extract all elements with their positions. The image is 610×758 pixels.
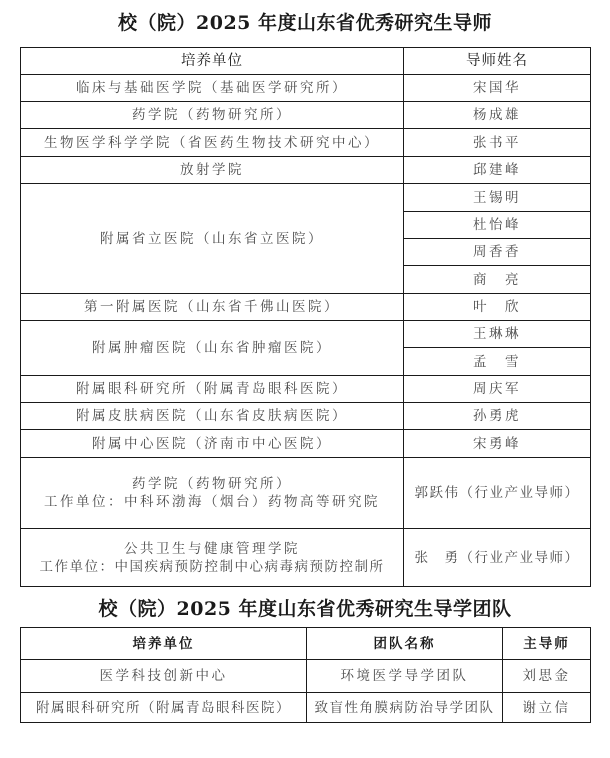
- table-row: 放射学院 邱建峰: [21, 157, 591, 184]
- unit-cell: 附属肿瘤医院（山东省肿瘤医院）: [21, 321, 404, 376]
- table-row: 附属眼科研究所（附属青岛眼科医院） 周庆军: [21, 376, 591, 403]
- advisors-table: 培养单位 导师姓名 临床与基础医学院（基础医学研究所） 宋国华 药学院（药物研究…: [20, 47, 591, 587]
- unit-cell: 附属中心医院（济南市中心医院）: [21, 430, 404, 458]
- table-row: 附属皮肤病医院（山东省皮肤病医院） 孙勇虎: [21, 403, 591, 430]
- table-row: 生物医学科学学院（省医药生物技术研究中心） 张书平: [21, 129, 591, 157]
- unit-cell: 附属皮肤病医院（山东省皮肤病医院）: [21, 403, 404, 430]
- advisor-cell: 宋勇峰: [404, 430, 591, 458]
- table-row: 临床与基础医学院（基础医学研究所） 宋国华: [21, 75, 591, 102]
- header-team: 团队名称: [307, 628, 503, 660]
- advisor-cell: 张书平: [404, 129, 591, 157]
- unit-name: 公共卫生与健康管理学院: [21, 540, 403, 558]
- section2-title: 校（院）2025 年度山东省优秀研究生导学团队: [0, 594, 610, 621]
- unit-cell: 附属眼科研究所（附属青岛眼科医院）: [21, 693, 307, 723]
- table-header-row: 培养单位 团队名称 主导师: [21, 628, 591, 660]
- team-cell: 致盲性角膜病防治导学团队: [307, 693, 503, 723]
- unit-cell: 医学科技创新中心: [21, 660, 307, 693]
- advisor-cell: 宋国华: [404, 75, 591, 102]
- unit-cell: 附属眼科研究所（附属青岛眼科医院）: [21, 376, 404, 403]
- table-row: 药学院（药物研究所） 杨成雄: [21, 102, 591, 129]
- unit-cell: 公共卫生与健康管理学院 工作单位：中国疾病预防控制中心病毒病预防控制所: [21, 529, 404, 587]
- advisor-cell: 张 勇（行业产业导师）: [404, 529, 591, 587]
- advisor-cell: 周庆军: [404, 376, 591, 403]
- advisor-cell: 郭跃伟（行业产业导师）: [404, 458, 591, 529]
- lead-cell: 刘思金: [503, 660, 591, 693]
- unit-cell: 药学院（药物研究所）: [21, 102, 404, 129]
- advisor-cell: 王锡明: [404, 184, 591, 212]
- table-row: 药学院（药物研究所） 工作单位：中科环渤海（烟台）药物高等研究院 郭跃伟（行业产…: [21, 458, 591, 529]
- lead-cell: 谢立信: [503, 693, 591, 723]
- unit-cell: 附属省立医院（山东省立医院）: [21, 184, 404, 294]
- team-cell: 环境医学导学团队: [307, 660, 503, 693]
- unit-name: 药学院（药物研究所）: [21, 475, 403, 493]
- header-advisor: 导师姓名: [404, 48, 591, 75]
- table-header-row: 培养单位 导师姓名: [21, 48, 591, 75]
- table-row: 第一附属医院（山东省千佛山医院） 叶 欣: [21, 294, 591, 321]
- teams-table: 培养单位 团队名称 主导师 医学科技创新中心 环境医学导学团队 刘思金 附属眼科…: [20, 627, 591, 723]
- advisor-cell: 王琳琳: [404, 321, 591, 348]
- work-unit: 工作单位：中国疾病预防控制中心病毒病预防控制所: [21, 558, 403, 576]
- advisor-cell: 杨成雄: [404, 102, 591, 129]
- advisor-cell: 孟 雪: [404, 348, 591, 376]
- table-row: 公共卫生与健康管理学院 工作单位：中国疾病预防控制中心病毒病预防控制所 张 勇（…: [21, 529, 591, 587]
- table-row: 医学科技创新中心 环境医学导学团队 刘思金: [21, 660, 591, 693]
- unit-cell: 第一附属医院（山东省千佛山医院）: [21, 294, 404, 321]
- work-unit: 工作单位：中科环渤海（烟台）药物高等研究院: [21, 493, 403, 511]
- table-row: 附属中心医院（济南市中心医院） 宋勇峰: [21, 430, 591, 458]
- table-row: 附属省立医院（山东省立医院） 王锡明: [21, 184, 591, 212]
- advisor-cell: 周香香: [404, 239, 591, 266]
- unit-cell: 药学院（药物研究所） 工作单位：中科环渤海（烟台）药物高等研究院: [21, 458, 404, 529]
- advisor-cell: 商 亮: [404, 266, 591, 294]
- advisor-cell: 杜怡峰: [404, 212, 591, 239]
- unit-cell: 临床与基础医学院（基础医学研究所）: [21, 75, 404, 102]
- header-unit: 培养单位: [21, 48, 404, 75]
- advisor-cell: 叶 欣: [404, 294, 591, 321]
- table-row: 附属眼科研究所（附属青岛眼科医院） 致盲性角膜病防治导学团队 谢立信: [21, 693, 591, 723]
- unit-cell: 生物医学科学学院（省医药生物技术研究中心）: [21, 129, 404, 157]
- header-unit: 培养单位: [21, 628, 307, 660]
- header-lead: 主导师: [503, 628, 591, 660]
- unit-cell: 放射学院: [21, 157, 404, 184]
- table-row: 附属肿瘤医院（山东省肿瘤医院） 王琳琳: [21, 321, 591, 348]
- advisor-cell: 邱建峰: [404, 157, 591, 184]
- advisor-cell: 孙勇虎: [404, 403, 591, 430]
- section1-title: 校（院）2025 年度山东省优秀研究生导师: [0, 8, 610, 35]
